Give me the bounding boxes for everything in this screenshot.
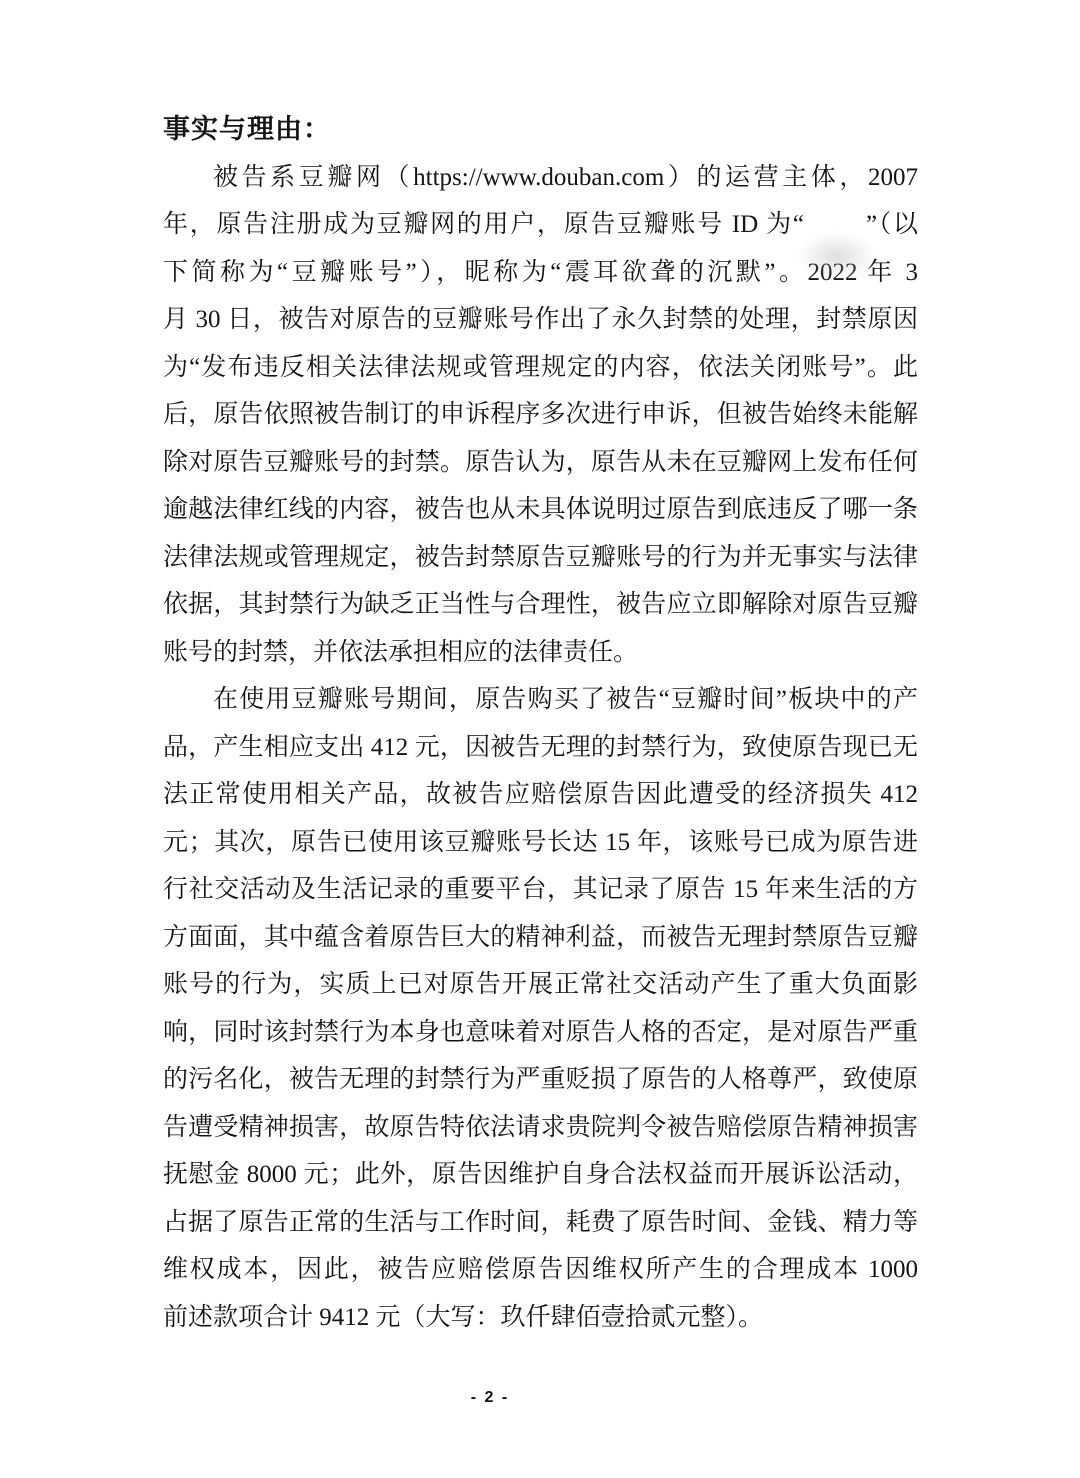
text-block: 事实与理由： 被告系豆瓣网（https://www.douban.com）的运营… [163,106,918,1341]
text-line: 行社交活动及生活记录的重要平台，其记录了原告 15 年来生活的方 [163,866,918,914]
text-line: 方面面，其中蕴含着原告巨大的精神利益，而被告无理封禁原告豆瓣 [163,914,918,962]
text-line-pre: 年，原告注册成为豆瓣网的用户，原告豆瓣账号 ID 为“ [163,211,804,238]
text-line: 响，同时该封禁行为本身也意味着对原告人格的否定，是对原告严重 [163,1009,918,1057]
text-line: 月 30 日，被告对原告的豆瓣账号作出了永久封禁的处理，封禁原因 [163,296,918,344]
text-line: 占据了原告正常的生活与工作时间，耗费了原告时间、金钱、精力等 [163,1199,918,1247]
section-heading: 事实与理由： [163,106,918,154]
text-line: 依据，其封禁行为缺乏正当性与合理性，被告应立即解除对原告豆瓣 [163,581,918,629]
text-line: 下简称为“豆瓣账号”），昵称为“震耳欲聋的沉默”。2022 年 3 [163,249,918,297]
text-line: 账号的行为，实质上已对原告开展正常社交活动产生了重大负面影 [163,961,918,1009]
text-line: 在使用豆瓣账号期间，原告购买了被告“豆瓣时间”板块中的产 [163,676,918,724]
text-line: 法律法规或管理规定，被告封禁原告豆瓣账号的行为并无事实与法律 [163,534,918,582]
text-line: 抚慰金 8000 元；此外，原告因维护自身合法权益而开展诉讼活动， [163,1151,918,1199]
text-line: 维权成本，因此，被告应赔偿原告因维权所产生的合理成本 1000 元。 [163,1246,918,1294]
text-line-post: ”（以 [866,211,918,238]
redacted-account-id [804,224,866,232]
text-line: 告遭受精神损害，故原告特依法请求贵院判令被告赔偿原告精神损害 [163,1104,918,1152]
text-line: 为“发布违反相关法律法规或管理规定的内容，依法关闭账号”。此 [163,344,918,392]
text-line: 年，原告注册成为豆瓣网的用户，原告豆瓣账号 ID 为“”（以 [163,201,918,249]
document-page: 事实与理由： 被告系豆瓣网（https://www.douban.com）的运营… [0,0,1080,1478]
text-line: 的污名化，被告无理的封禁行为严重贬损了原告的人格尊严，致使原 [163,1056,918,1104]
text-line: 除对原告豆瓣账号的封禁。原告认为，原告从未在豆瓣网上发布任何 [163,439,918,487]
text-line: 品，产生相应支出 412 元，因被告无理的封禁行为，致使原告现已无 [163,724,918,772]
text-line: 前述款项合计 9412 元（大写：玖仟肆佰壹拾贰元整）。 [163,1294,918,1342]
text-line: 账号的封禁，并依法承担相应的法律责任。 [163,629,918,677]
page-number: - 2 - [455,1384,525,1412]
text-line: 后，原告依照被告制订的申诉程序多次进行申诉，但被告始终未能解 [163,391,918,439]
text-line: 法正常使用相关产品，故被告应赔偿原告因此遭受的经济损失 412 [163,771,918,819]
text-line: 逾越法律红线的内容，被告也从未具体说明过原告到底违反了哪一条 [163,486,918,534]
text-line: 被告系豆瓣网（https://www.douban.com）的运营主体，2007 [163,154,918,202]
text-line: 元；其次，原告已使用该豆瓣账号长达 15 年，该账号已成为原告进 [163,819,918,867]
